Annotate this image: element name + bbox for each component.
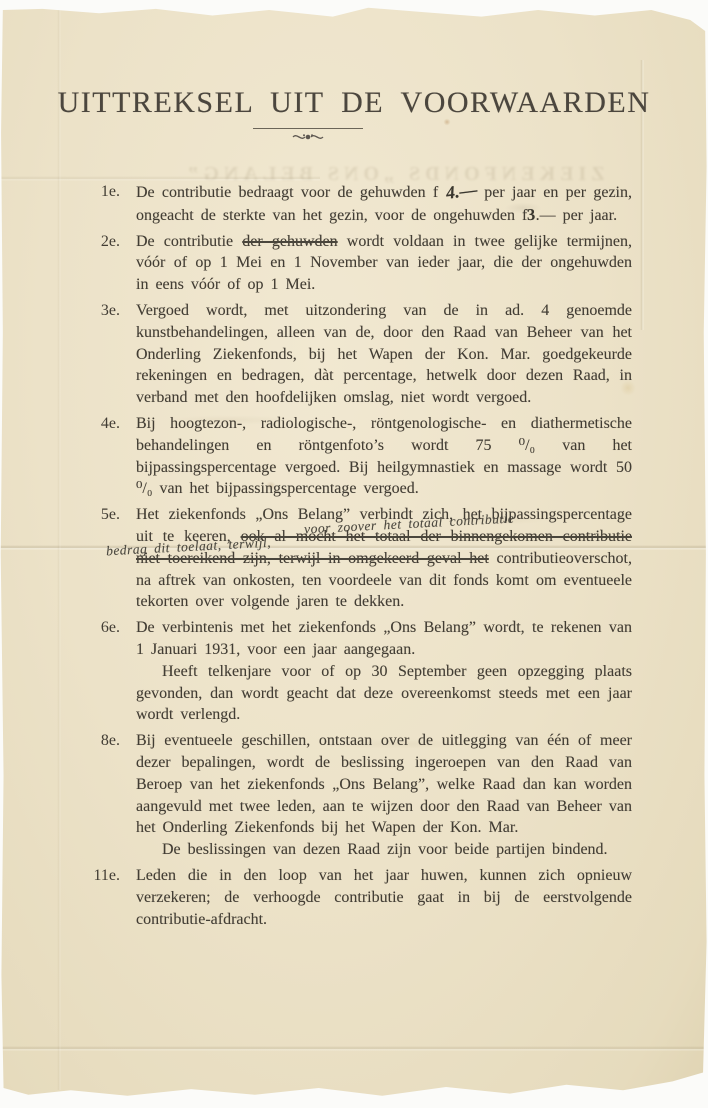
list-item-2e: 2e. De contributie der gehuwden wordt vo… xyxy=(83,231,632,296)
paragraph: Bij eventueele geschillen, ontstaan over… xyxy=(136,730,632,839)
text-segment: De contributie bedraagt voor de gehuwden… xyxy=(136,184,446,201)
text-segment: .— per jaar. xyxy=(536,207,618,224)
item-number: 4e. xyxy=(83,413,120,500)
item-text: Bij hoogtezon-, radiologische-, röntgeno… xyxy=(136,413,632,500)
title-divider xyxy=(253,128,363,129)
paragraph: De verbintenis met het ziekenfonds „Ons … xyxy=(136,617,632,661)
page-title: UITTREKSEL UIT DE VOORWAARDEN xyxy=(0,86,708,120)
item-number: 11e. xyxy=(83,865,120,930)
text-segment: Bij hoogtezon-, radiologische-, röntgeno… xyxy=(136,415,632,497)
item-number: 1e. xyxy=(83,181,120,227)
conditions-list: 1e. De contributie bedraagt voor de gehu… xyxy=(83,181,632,934)
handwritten-amount-married: 4.— xyxy=(444,179,478,204)
text-segment: Leden die in den loop van het jaar huwen… xyxy=(136,867,632,928)
text-segment: Vergoed wordt, met uitzondering van de i… xyxy=(136,302,632,406)
struck-text: der gehuwden xyxy=(242,233,337,250)
item-text: Het ziekenfonds „Ons Belang” verbindt zi… xyxy=(136,504,632,613)
fold-crease-bottom xyxy=(0,1046,708,1051)
handwritten-amount-single: 3 xyxy=(527,204,536,226)
list-item-5e: 5e. Het ziekenfonds „Ons Belang” verbind… xyxy=(83,504,632,613)
item-number: 5e. xyxy=(83,504,120,613)
item-number: 3e. xyxy=(83,300,120,409)
item-number: 2e. xyxy=(83,231,120,296)
item-text: Vergoed wordt, met uitzondering van de i… xyxy=(136,300,632,409)
item-text: De verbintenis met het ziekenfonds „Ons … xyxy=(136,617,632,726)
fleuron-ornament-icon xyxy=(291,131,325,143)
item-text: De contributie der gehuwden wordt voldaa… xyxy=(136,231,632,296)
item-text: Bij eventueele geschillen, ontstaan over… xyxy=(136,730,632,861)
list-item-11e: 11e. Leden die in den loop van het jaar … xyxy=(83,865,632,930)
list-item-8e: 8e. Bij eventueele geschillen, ontstaan … xyxy=(83,730,632,861)
item-text: Leden die in den loop van het jaar huwen… xyxy=(136,865,632,930)
paragraph: De beslissingen van dezen Raad zijn voor… xyxy=(136,839,632,861)
text-segment: De contributie xyxy=(136,233,242,250)
list-item-3e: 3e. Vergoed wordt, met uitzondering van … xyxy=(83,300,632,409)
item-number: 8e. xyxy=(83,730,120,861)
item-number: 6e. xyxy=(83,617,120,726)
item-text: De contributie bedraagt voor de gehuwden… xyxy=(136,181,632,227)
list-item-6e: 6e. De verbintenis met het ziekenfonds „… xyxy=(83,617,632,726)
paragraph: Heeft telkenjare voor of op 30 September… xyxy=(136,661,632,726)
list-item-4e: 4e. Bij hoogtezon-, radiologische-, rönt… xyxy=(83,413,632,500)
list-item-1e: 1e. De contributie bedraagt voor de gehu… xyxy=(83,181,632,227)
scanned-paper: ZIEKENFONDS „ONS BELANG” UITTREKSEL UIT … xyxy=(0,0,708,1108)
